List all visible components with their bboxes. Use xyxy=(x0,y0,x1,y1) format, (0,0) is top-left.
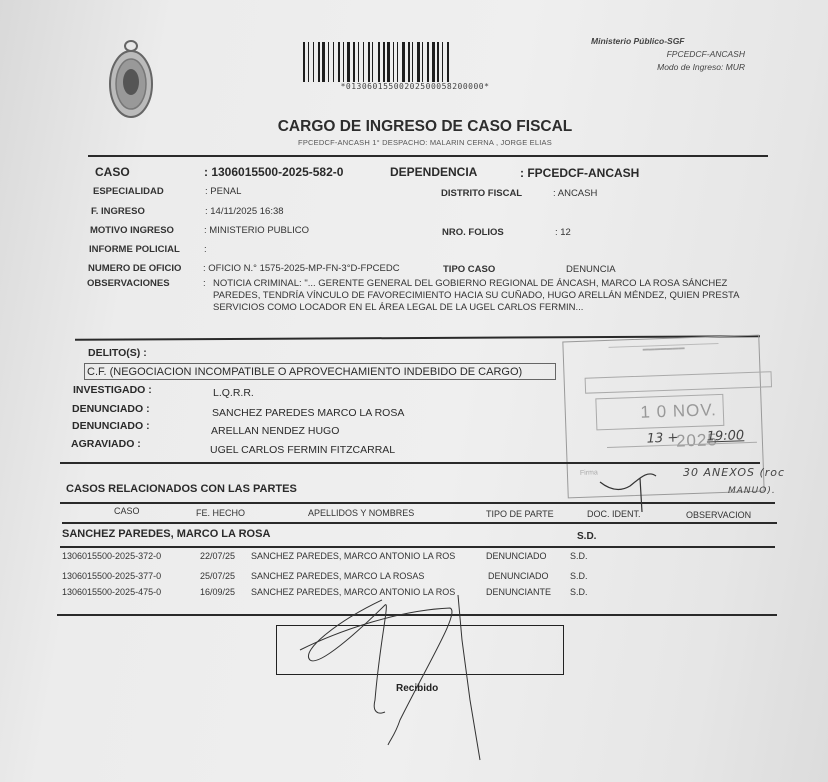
ingreso-value: : 14/11/2025 16:38 xyxy=(205,206,284,217)
divider xyxy=(57,614,777,616)
cell-doc: S.D. xyxy=(570,551,588,561)
org-line: FPCEDCF-ANCASH xyxy=(585,48,745,61)
observaciones-label: OBSERVACIONES xyxy=(87,278,170,289)
motivo-value: : MINISTERIO PUBLICO xyxy=(204,225,309,236)
org-line: Modo de Ingreso: MUR xyxy=(585,61,745,74)
party-value: UGEL CARLOS FERMIN FITZCARRAL xyxy=(210,444,395,456)
column-header: CASO xyxy=(114,506,140,516)
document-subtitle: FPCEDCF-ANCASH 1° DESPACHO: MALARIN CERN… xyxy=(140,138,710,147)
party-value: SANCHEZ PAREDES MARCO LA ROSA xyxy=(212,407,404,419)
organization-block: Ministerio Público-SGF FPCEDCF-ANCASH Mo… xyxy=(585,35,745,74)
folios-value: : 12 xyxy=(555,227,571,238)
received-label: Recibido xyxy=(396,683,438,694)
party-value: L.Q.R.R. xyxy=(213,387,254,399)
divider xyxy=(62,522,777,524)
dependencia-value: : FPCEDCF-ANCASH xyxy=(520,166,639,180)
stamp-firma-label: Firma xyxy=(580,469,598,477)
received-signature-box xyxy=(276,625,564,675)
cell-tipo: DENUNCIADO xyxy=(486,551,547,561)
stamp-time-handwritten: 19:00 xyxy=(706,428,744,444)
stamp-inner-box xyxy=(585,371,772,394)
divider xyxy=(88,155,768,157)
party-label: DENUNCIADO : xyxy=(72,420,150,432)
party-label: DENUNCIADO : xyxy=(72,403,150,415)
cell-fecha: 22/07/25 xyxy=(200,551,235,561)
cell-fecha: 25/07/25 xyxy=(200,571,235,581)
org-line: Ministerio Público-SGF xyxy=(585,35,745,48)
especialidad-label: ESPECIALIDAD xyxy=(93,186,164,197)
handwritten-annotation: MANUO). xyxy=(728,486,776,496)
column-header: DOC. IDENT. xyxy=(587,509,641,519)
informe-label: INFORME POLICIAL xyxy=(89,244,180,255)
related-cases-title: CASOS RELACIONADOS CON LAS PARTES xyxy=(66,483,297,495)
related-group-name: SANCHEZ PAREDES, MARCO LA ROSA xyxy=(62,528,270,540)
oficio-value: : OFICIO N.° 1575-2025-MP-FN-3°D-FPCEDC xyxy=(203,263,400,274)
caso-value: : 1306015500-2025-582-0 xyxy=(204,165,343,179)
delitos-label: DELITO(S) : xyxy=(88,347,147,359)
delito-value: C.F. (NEGOCIACION INCOMPATIBLE O APROVEC… xyxy=(87,366,522,378)
party-value: ARELLAN NENDEZ HUGO xyxy=(211,425,339,437)
column-header: APELLIDOS Y NOMBRES xyxy=(308,508,414,518)
document-title: CARGO DE INGRESO DE CASO FISCAL xyxy=(140,118,710,136)
column-header: OBSERVACION xyxy=(686,510,751,520)
cell-caso: 1306015500-2025-475-0 xyxy=(62,587,161,597)
observaciones-value: NOTICIA CRIMINAL: "... GERENTE GENERAL D… xyxy=(213,278,758,314)
stamp-date: 1 0 NOV. 2025 xyxy=(595,394,724,430)
cell-nombre: SANCHEZ PAREDES, MARCO ANTONIO LA ROS xyxy=(251,551,455,561)
cell-fecha: 16/09/25 xyxy=(200,587,235,597)
cell-nombre: SANCHEZ PAREDES, MARCO LA ROSAS xyxy=(251,571,424,581)
barcode xyxy=(303,42,527,82)
ingreso-label: F. INGRESO xyxy=(91,206,145,217)
cell-doc: S.D. xyxy=(570,571,588,581)
party-label: AGRAVIADO : xyxy=(71,438,141,450)
cell-doc: S.D. xyxy=(570,587,588,597)
related-group-doc: S.D. xyxy=(577,531,596,542)
motivo-label: MOTIVO INGRESO xyxy=(90,225,174,236)
stamp-hour-handwritten: 13 + xyxy=(647,430,679,446)
cell-tipo: DENUNCIANTE xyxy=(486,587,551,597)
distrito-value: : ANCASH xyxy=(553,188,597,199)
party-label: INVESTIGADO : xyxy=(73,384,152,396)
ministerio-publico-seal-icon xyxy=(107,38,155,120)
handwritten-annotation: 30 ANEXOS (roc xyxy=(683,466,785,479)
cell-nombre: SANCHEZ PAREDES, MARCO ANTONIO LA ROS xyxy=(251,587,455,597)
cell-tipo: DENUNCIADO xyxy=(488,571,549,581)
barcode-number: *01306015500202500058200000* xyxy=(300,82,530,91)
tipo-caso-label: TIPO CASO xyxy=(443,264,495,275)
dependencia-label: DEPENDENCIA xyxy=(390,165,477,179)
observaciones-colon: : xyxy=(203,278,206,289)
especialidad-value: : PENAL xyxy=(205,186,241,197)
divider xyxy=(60,546,775,548)
column-header: TIPO DE PARTE xyxy=(486,509,554,519)
tipo-caso-value: DENUNCIA xyxy=(566,264,616,275)
caso-label: CASO xyxy=(95,165,130,179)
divider xyxy=(60,462,760,464)
column-header: FE. HECHO xyxy=(196,508,245,518)
cell-caso: 1306015500-2025-372-0 xyxy=(62,551,161,561)
informe-value: : xyxy=(204,244,207,255)
folios-label: NRO. FOLIOS xyxy=(442,227,504,238)
distrito-label: DISTRITO FISCAL xyxy=(441,188,522,199)
cell-caso: 1306015500-2025-377-0 xyxy=(62,571,161,581)
oficio-label: NUMERO DE OFICIO xyxy=(88,263,181,274)
divider xyxy=(60,502,775,504)
